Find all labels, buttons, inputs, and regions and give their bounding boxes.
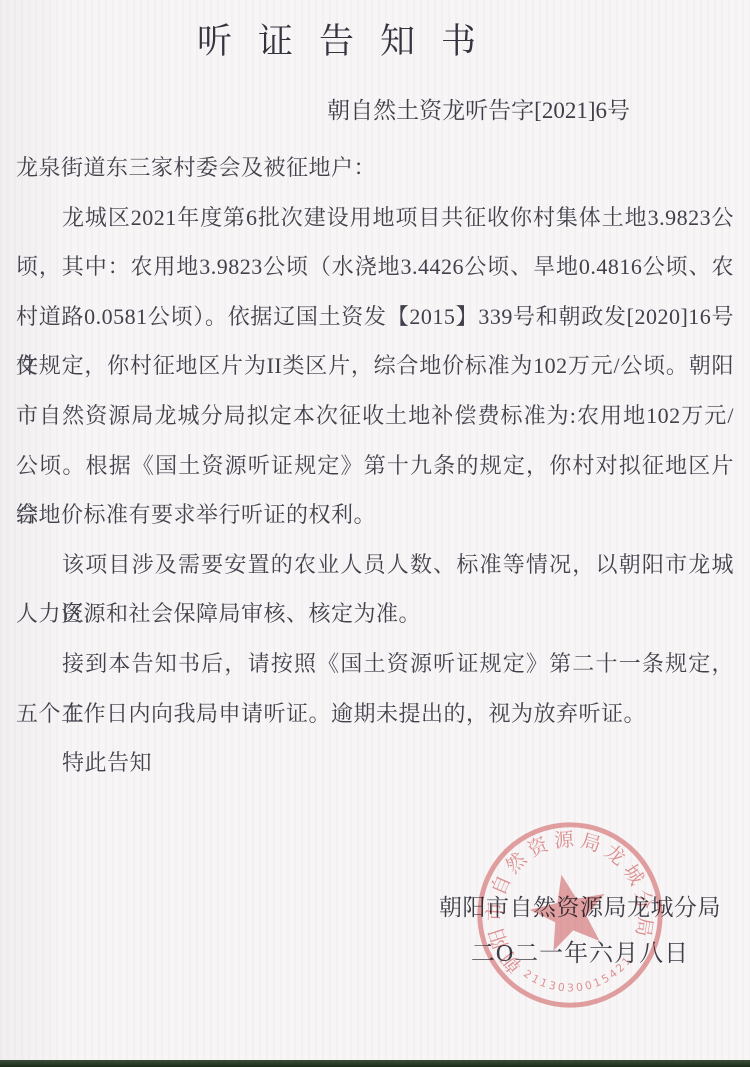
paragraph-line: 五个工作日内向我局申请听证。逾期未提出的，视为放弃听证。 — [16, 689, 734, 739]
paragraph-line: 市自然资源局龙城分局拟定本次征收土地补偿费标准为:农用地102万元/ — [16, 391, 734, 441]
paragraph-line: 该项目涉及需要安置的农业人员人数、标准等情况，以朝阳市龙城区 — [16, 540, 734, 590]
paragraph-line: 特此告知 — [16, 738, 734, 788]
salutation: 龙泉街道东三家村委会及被征地户： — [16, 143, 734, 193]
paragraph-line: 件规定，你村征地区片为II类区片，综合地价标准为102万元/公顷。朝阳 — [16, 341, 734, 391]
paragraph-line: 接到本告知书后，请按照《国土资源听证规定》第二十一条规定，在 — [16, 639, 734, 689]
scanned-document-page: 听证告知书 朝自然土资龙听告字[2021]6号 龙泉街道东三家村委会及被征地户：… — [0, 0, 750, 1067]
page-title: 听证告知书 — [197, 14, 502, 64]
paragraph-line: 人力资源和社会保障局审核、核定为准。 — [16, 589, 734, 639]
official-seal-stamp: 朝阳市自然资源局龙城分局 2113030015421 — [454, 799, 686, 1031]
paragraph-line: 村道路0.0581公顷）。依据辽国土资发【2015】339号和朝政发[2020]… — [16, 292, 734, 342]
paragraph-line: 龙城区2021年度第6批次建设用地项目共征收你村集体土地3.9823公 — [16, 193, 734, 243]
document-number: 朝自然土资龙听告字[2021]6号 — [327, 92, 630, 125]
paragraph-line: 公顷。根据《国土资源听证规定》第十九条的规定，你村对拟征地区片综 — [16, 441, 734, 491]
scan-edge-artifact — [0, 1060, 750, 1067]
paragraph-line: 合地价标准有要求举行听证的权利。 — [16, 490, 734, 540]
paragraph-line: 顷，其中：农用地3.9823公顷（水浇地3.4426公顷、旱地0.4816公顷、… — [16, 242, 734, 292]
document-body: 龙泉街道东三家村委会及被征地户： 龙城区2021年度第6批次建设用地项目共征收你… — [16, 143, 734, 788]
star-icon — [524, 867, 614, 954]
